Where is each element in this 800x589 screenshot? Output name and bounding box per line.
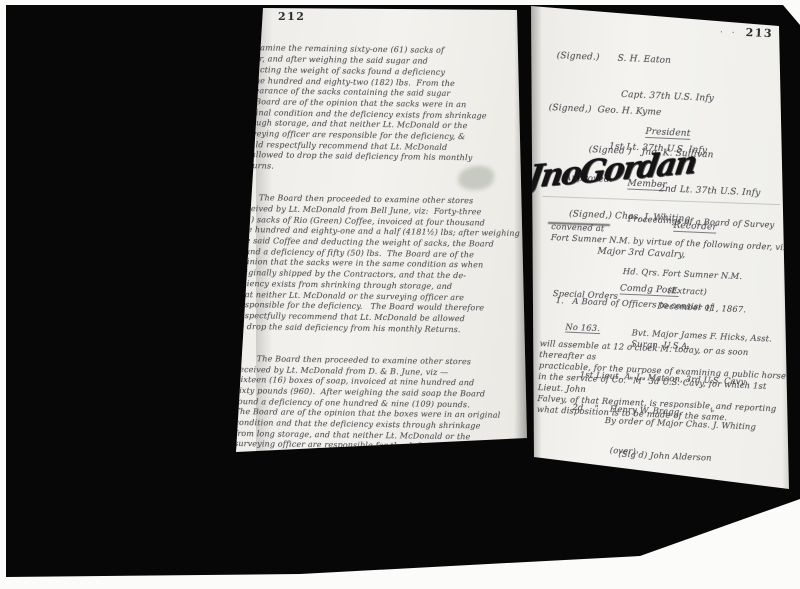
page-number-right: · ·213 bbox=[720, 25, 774, 40]
signed-label: (Signed,) bbox=[548, 103, 591, 115]
signed-label: (Signed.) bbox=[556, 51, 599, 63]
sigd-line: (Sig'd) John Alderson bbox=[618, 449, 755, 466]
paragraph-sugar: to examine the remaining sixty-one (61) … bbox=[238, 43, 528, 175]
document-scan-frame: 212 to examine the remaining sixty-one (… bbox=[0, 0, 800, 589]
signature-name: S. H. Eaton bbox=[617, 54, 671, 66]
over-note: (over) bbox=[610, 445, 637, 457]
left-page: 212 to examine the remaining sixty-one (… bbox=[230, 4, 530, 456]
page-number-left: 212 bbox=[278, 10, 305, 23]
right-page: · ·213 (Signed.)S. H. Eaton Capt. 37th U… bbox=[528, 2, 794, 494]
hq-line: Hd. Qrs. Fort Sumner N.M. bbox=[623, 266, 748, 282]
extract-label: (Extract) bbox=[668, 285, 708, 298]
signature-name: Geo. H. Kyme bbox=[597, 105, 661, 118]
margin-dots: · · bbox=[720, 28, 738, 39]
paragraph-coffee: The Board then proceeded to examine othe… bbox=[236, 193, 526, 336]
by-order-line: By order of Major Chas. J. Whiting bbox=[605, 415, 757, 433]
